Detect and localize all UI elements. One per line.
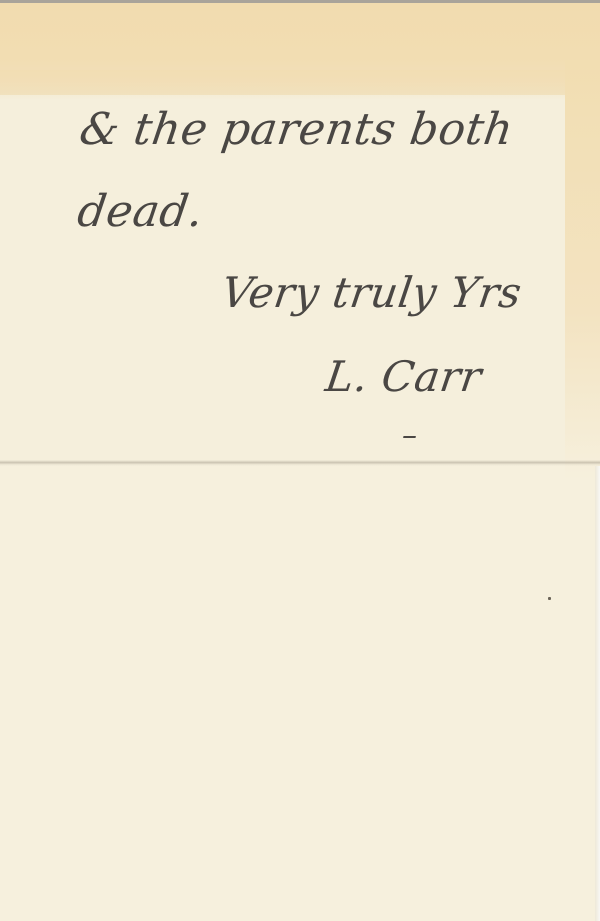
letter-body-line-1: & the parents both bbox=[76, 104, 516, 155]
letter-body-line-2: dead. bbox=[74, 186, 206, 237]
letter-closing: Very truly Yrs bbox=[219, 268, 525, 317]
paper-stain-blend bbox=[0, 70, 600, 100]
letter-signature: L. Carr bbox=[323, 352, 485, 401]
paper-stain-right bbox=[565, 60, 600, 480]
letter-page: & the parents both dead. Very truly Yrs … bbox=[0, 0, 600, 921]
paper-fold-line bbox=[0, 460, 600, 466]
letter-end-mark: – bbox=[402, 418, 418, 453]
paper-speck bbox=[548, 597, 551, 600]
scan-right-edge bbox=[595, 466, 600, 921]
